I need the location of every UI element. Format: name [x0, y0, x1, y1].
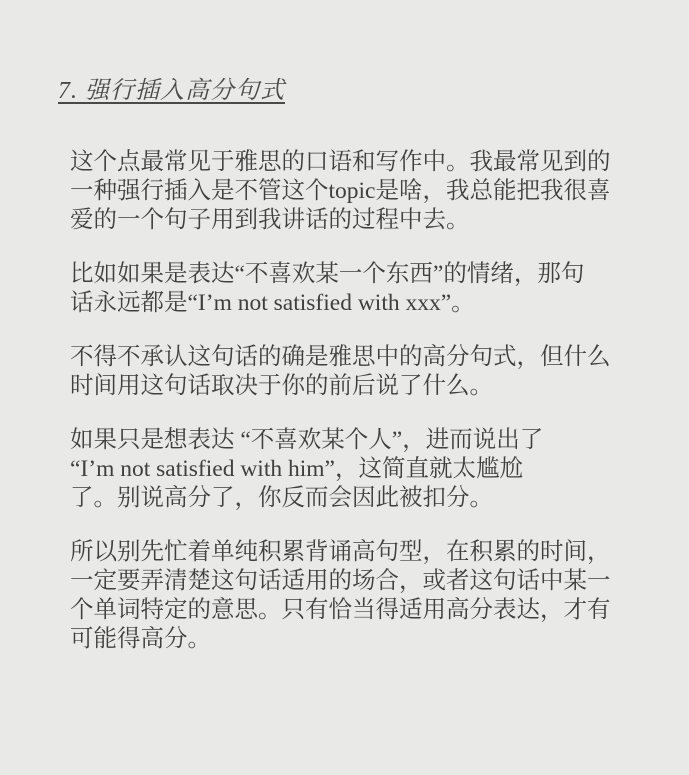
text-line: 时间用这句话取决于你的前后说了什么。: [70, 372, 649, 401]
text-line: 可能得高分。: [70, 625, 649, 654]
article-content: 7. 强行插入高分句式 这个点最常见于雅思的口语和写作中。我最常见到的 一种强行…: [0, 0, 689, 654]
article-page: 7. 强行插入高分句式 这个点最常见于雅思的口语和写作中。我最常见到的 一种强行…: [0, 0, 689, 775]
text-line: 了。别说高分了，你反而会因此被扣分。: [70, 484, 649, 513]
text-line: 话永远都是“I’m not satisfied with xxx”。: [70, 289, 649, 318]
text-line: 个单词特定的意思。只有恰当得适用高分表达，才有: [70, 596, 649, 625]
paragraph-4: 如果只是想表达 “不喜欢某个人”，进而说出了 “I’m not satisfie…: [70, 426, 649, 513]
paragraph-3: 不得不承认这句话的确是雅思中的高分句式，但什么 时间用这句话取决于你的前后说了什…: [70, 343, 649, 401]
text-line: 这个点最常见于雅思的口语和写作中。我最常见到的: [70, 148, 649, 177]
text-line: “I’m not satisfied with him”，这简直就太尴尬: [70, 455, 649, 484]
section-title: 7. 强行插入高分句式: [58, 76, 649, 106]
text-line: 一种强行插入是不管这个topic是啥，我总能把我很喜: [70, 177, 649, 206]
text-line: 不得不承认这句话的确是雅思中的高分句式，但什么: [70, 343, 649, 372]
paragraph-5: 所以别先忙着单纯积累背诵高句型，在积累的时间， 一定要弄清楚这句话适用的场合，或…: [70, 538, 649, 654]
paragraph-2: 比如如果是表达“不喜欢某一个东西”的情绪，那句 话永远都是“I’m not sa…: [70, 260, 649, 318]
text-line: 爱的一个句子用到我讲话的过程中去。: [70, 206, 649, 235]
paragraph-1: 这个点最常见于雅思的口语和写作中。我最常见到的 一种强行插入是不管这个topic…: [70, 148, 649, 235]
text-line: 一定要弄清楚这句话适用的场合，或者这句话中某一: [70, 567, 649, 596]
text-line: 如果只是想表达 “不喜欢某个人”，进而说出了: [70, 426, 649, 455]
text-line: 所以别先忙着单纯积累背诵高句型，在积累的时间，: [70, 538, 649, 567]
text-line: 比如如果是表达“不喜欢某一个东西”的情绪，那句: [70, 260, 649, 289]
